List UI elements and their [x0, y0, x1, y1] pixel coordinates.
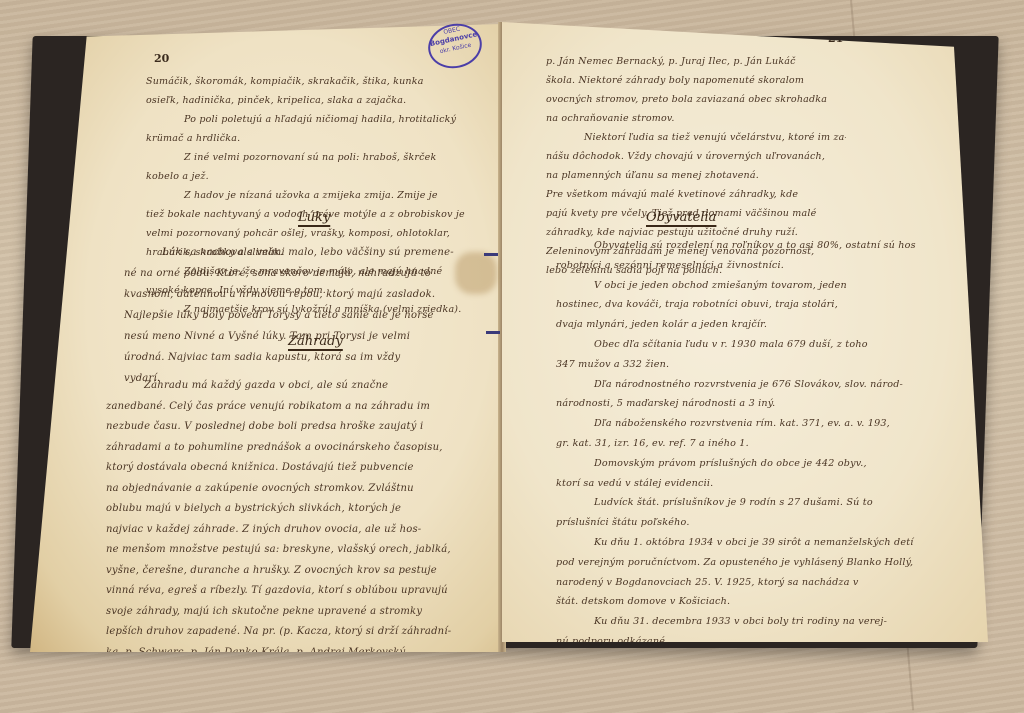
text-line: robotníci a sezónni remeselníci a živnos… — [556, 256, 916, 276]
text-line: né na orné pôdu. Ktoré, sona skoro nemaj… — [124, 263, 496, 284]
text-line: štát. detskom domove v Košiciach. — [556, 592, 916, 612]
text-line: V obci je jeden obchod zmiešaným tovarom… — [556, 276, 916, 296]
text-line: oblubu majú v bielych a bystrických sliv… — [106, 499, 498, 520]
text-line: Z hadov je nízaná užovka a zmijeka zmija… — [146, 186, 496, 205]
text-line: na objednávanie a zakúpenie ovocných str… — [106, 479, 498, 500]
binding-thread — [484, 253, 498, 256]
text-line: Ku dňu 1. októbra 1934 v obci je 39 sirô… — [556, 533, 916, 553]
text-line: p. Ján Nemec Bernacký, p. Juraj Ilec, p.… — [546, 52, 846, 71]
text-line: vinná réva, egreš a ríbezly. Tí gazdovia… — [106, 581, 498, 602]
text-line: pod verejným poručníctvom. Za opusteného… — [556, 553, 916, 573]
text-line: Od r. 1918 až do 31. decembra 1933 sa z … — [556, 652, 916, 672]
text-line: ne menšom množstve pestujú sa: breskyne,… — [106, 540, 498, 561]
text-line: ovocných stromov, preto bola zaviazaná o… — [546, 90, 846, 109]
text-line: úrodná. Najviac tam sadia kapustu, ktorá… — [124, 347, 496, 368]
text-line: záhradami a to pohumline prednášok a ovo… — [106, 438, 498, 459]
obyvatelia-text: Obyvatelia sú rozdelení na roľníkov a to… — [556, 236, 916, 672]
water-stain — [455, 252, 497, 294]
section-heading-zahrady: Záhrady — [288, 334, 343, 349]
text-line: Sumáčik, škoromák, kompiačik, skrakačik,… — [146, 72, 496, 91]
text-line: najviac v každej záhrade. Z iných druhov… — [106, 520, 498, 541]
left-page: 20 Sumáčik, škoromák, kompiačik, skrakač… — [30, 24, 502, 652]
text-line: krümač a hrdlička. — [146, 129, 496, 148]
text-line: Domovským právom príslušných do obce je … — [556, 454, 916, 474]
text-line: svoje záhrady, majú ich skutočne pekne u… — [106, 602, 498, 623]
text-line: Po poli poletujú a hľadajú ničiomaj hadi… — [146, 110, 496, 129]
text-line: Niektorí ľudia sa tiež venujú včelárstvu… — [546, 128, 846, 147]
text-line: Lúk sa nachovala velmi malo, lebo väčšin… — [124, 242, 496, 263]
text-line: ktorý dostávala obecná knižnica. Dostáva… — [106, 458, 498, 479]
text-line: Dľa národnostného rozvrstvenia je 676 Sl… — [556, 375, 916, 395]
page-number: 20 — [154, 52, 169, 65]
text-line: osieľk, hadinička, pinček, kripelica, sl… — [146, 91, 496, 110]
text-line: zanedbané. Celý čas práce venujú robikat… — [106, 397, 498, 418]
text-line: Obec dľa sčítania ľudu v r. 1930 mala 67… — [556, 335, 916, 355]
text-line: Z iné velmi pozornovaní sú na poli: hrab… — [146, 148, 496, 167]
text-line: Záhradu má každý gazda v obci, ale sú zn… — [106, 376, 498, 397]
text-line: hostinec, dva kováči, traja robotníci ob… — [556, 295, 916, 315]
text-line: Dľa náboženského rozvrstvenia rím. kat. … — [556, 414, 916, 434]
text-line: ka, p. Schwarc, p. Ján Danko Krála, p. A… — [106, 643, 498, 664]
text-line: príslušníci štátu poľského. — [556, 513, 916, 533]
text-line: na ochraňovanie stromov. — [546, 109, 846, 128]
text-line: národnosti, 5 maďarskej národnosti a 3 i… — [556, 394, 916, 414]
text-line: na plamenných úľanu sa menej zhotavená. — [546, 166, 846, 185]
right-page: 21 p. Ján Nemec Bernacký, p. Juraj Ilec,… — [502, 22, 988, 642]
text-line: vyšne, čerešne, duranche a hrušky. Z ovo… — [106, 561, 498, 582]
text-line: Pre všetkom mávajú malé kvetinové záhrad… — [546, 185, 846, 204]
text-line: ktorí sa vedú v stálej evidencii. — [556, 474, 916, 494]
text-line: narodený v Bogdanovciach 25. V. 1925, kt… — [556, 573, 916, 593]
text-line: Najlepšie lúky boly povedľ Torysy a tiet… — [124, 305, 496, 326]
text-line: nezbude času. V poslednej dobe boli pred… — [106, 417, 498, 438]
text-line: nášu dôchodok. Vždy chovajú v úroverných… — [546, 147, 846, 166]
text-line: kobelo a jež. — [146, 167, 496, 186]
luky-text: Lúk sa nachovala velmi malo, lebo väčšin… — [124, 242, 496, 389]
section-heading-luky: Lúky — [298, 210, 330, 225]
text-line: gr. kat. 31, izr. 16, ev. ref. 7 a iného… — [556, 434, 916, 454]
text-line: lepších druhov zapadené. Na pr. (p. Kacz… — [106, 622, 498, 643]
text-line: kvasnom, ďatelinou a hrmovou repou, ktor… — [124, 284, 496, 305]
text-line: nú podporu odkázané. — [556, 632, 916, 652]
text-line: dvaja mlynári, jeden kolár a jeden krajč… — [556, 315, 916, 335]
text-line: 347 mužov a 332 žien. — [556, 355, 916, 375]
zahrady-text: Záhradu má každý gazda v obci, ale sú zn… — [106, 376, 498, 663]
text-line: velmi pozornovaný pohcär ošlej, vrašky, … — [146, 224, 496, 243]
text-line: škola. Niektoré záhrady boly napomenuté … — [546, 71, 846, 90]
text-line: Ludvíck štát. príslušníkov je 9 rodín s … — [556, 493, 916, 513]
binding-thread — [486, 331, 500, 334]
section-heading-obyvatelia: Obyvatelia — [646, 210, 716, 225]
text-line: Obyvatelia sú rozdelení na roľníkov a to… — [556, 236, 916, 256]
text-line: Ku dňu 31. decembra 1933 v obci boly tri… — [556, 612, 916, 632]
